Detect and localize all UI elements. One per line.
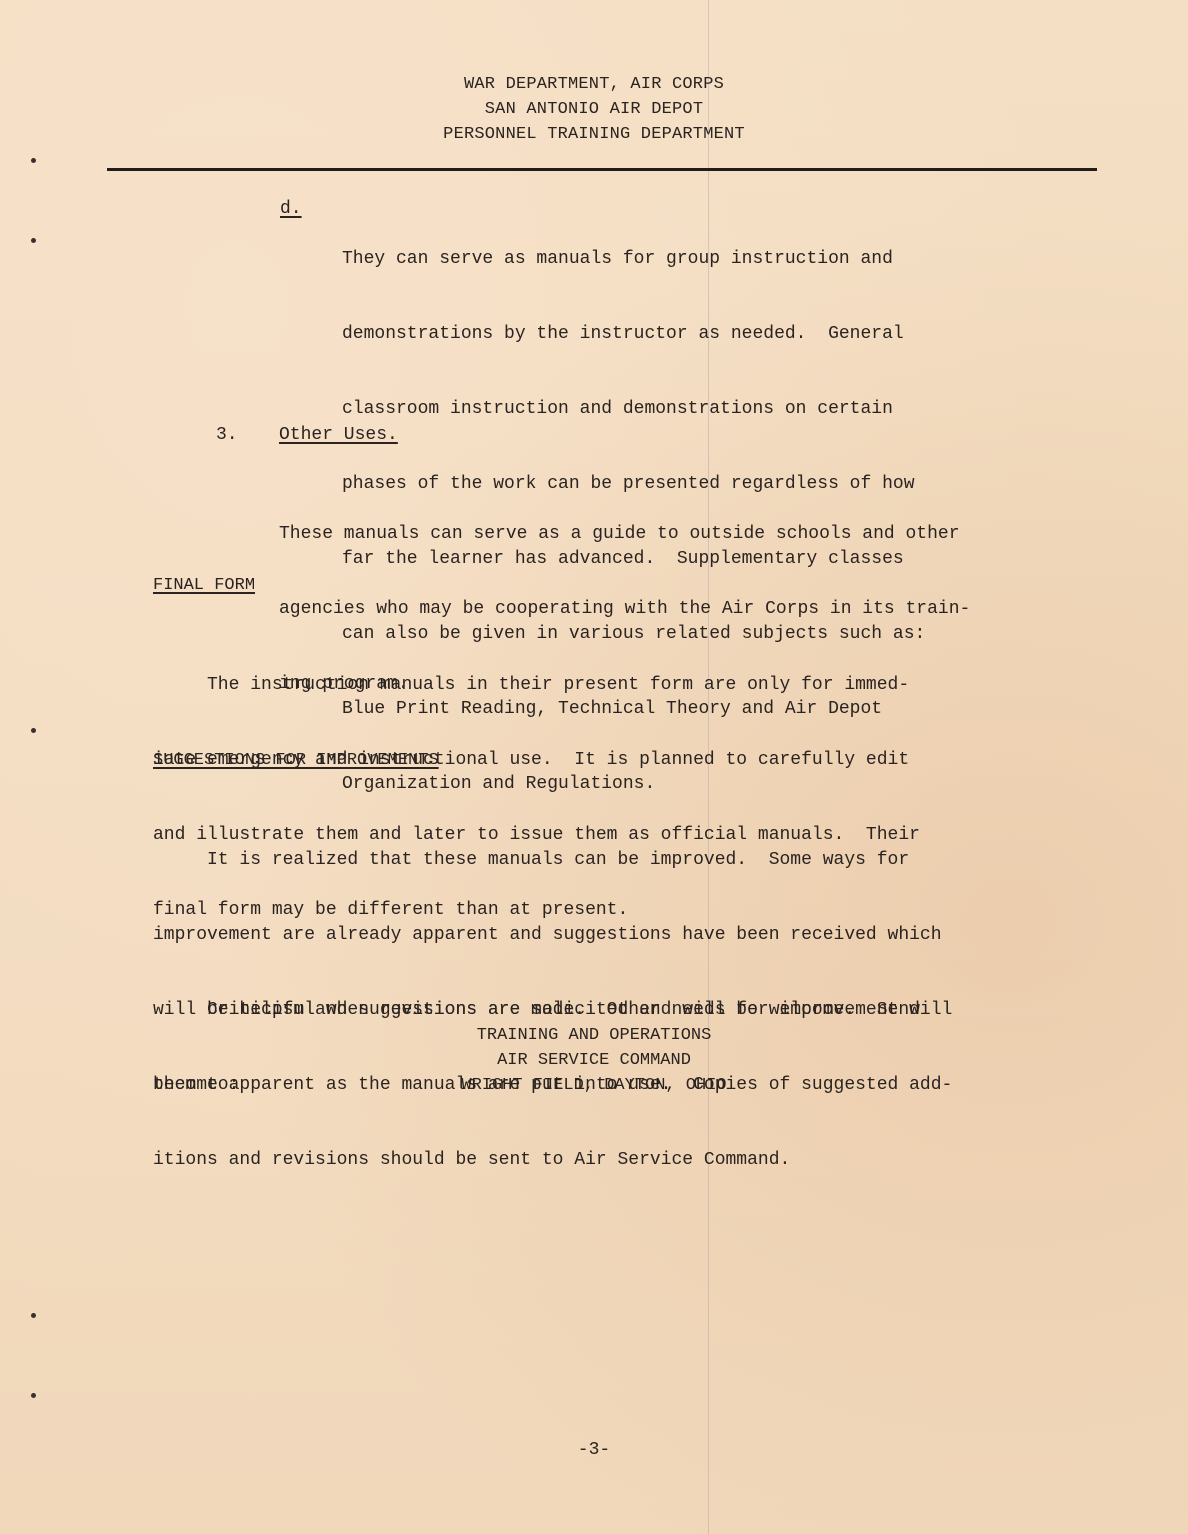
- text-line: itions and revisions should be sent to A…: [153, 1148, 952, 1173]
- page-number: -3-: [0, 1440, 1188, 1460]
- text-line: demonstrations by the instructor as need…: [342, 322, 925, 347]
- punch-hole: [31, 1393, 36, 1398]
- text-line: classroom instruction and demonstrations…: [342, 397, 925, 422]
- text-line: It is realized that these manuals can be…: [153, 848, 952, 873]
- text-line: They can serve as manuals for group inst…: [342, 247, 925, 272]
- letterhead-line: WAR DEPARTMENT, AIR CORPS: [0, 72, 1188, 97]
- section-number: 3.: [216, 423, 238, 448]
- section-title: Other Uses.: [279, 423, 398, 448]
- address-line: WRIGHT FIELD, DAYTON, OHIO: [0, 1073, 1188, 1098]
- text-line: These manuals can serve as a guide to ou…: [279, 522, 970, 547]
- punch-hole: [31, 1313, 36, 1318]
- letterhead-line: SAN ANTONIO AIR DEPOT: [0, 97, 1188, 122]
- mailing-address: TRAINING AND OPERATIONS AIR SERVICE COMM…: [0, 1023, 1188, 1098]
- text-line: improvement are already apparent and sug…: [153, 923, 952, 948]
- punch-hole: [31, 238, 36, 243]
- item-marker: d.: [280, 197, 302, 222]
- letterhead-line: PERSONNEL TRAINING DEPARTMENT: [0, 122, 1188, 147]
- punch-hole: [31, 158, 36, 163]
- punch-hole: [31, 728, 36, 733]
- address-line: AIR SERVICE COMMAND: [0, 1048, 1188, 1073]
- header-divider: [107, 168, 1097, 171]
- heading-suggestions: SUGGESTIONS FOR IMPROVEMENTS: [153, 748, 439, 773]
- letterhead: WAR DEPARTMENT, AIR CORPS SAN ANTONIO AI…: [0, 72, 1188, 147]
- text-line: Criticism and suggestions are solicited …: [153, 998, 920, 1023]
- text-line: The instruction manuals in their present…: [153, 673, 920, 698]
- text-line: agencies who may be cooperating with the…: [279, 597, 970, 622]
- address-line: TRAINING AND OPERATIONS: [0, 1023, 1188, 1048]
- heading-final-form: FINAL FORM: [153, 573, 255, 598]
